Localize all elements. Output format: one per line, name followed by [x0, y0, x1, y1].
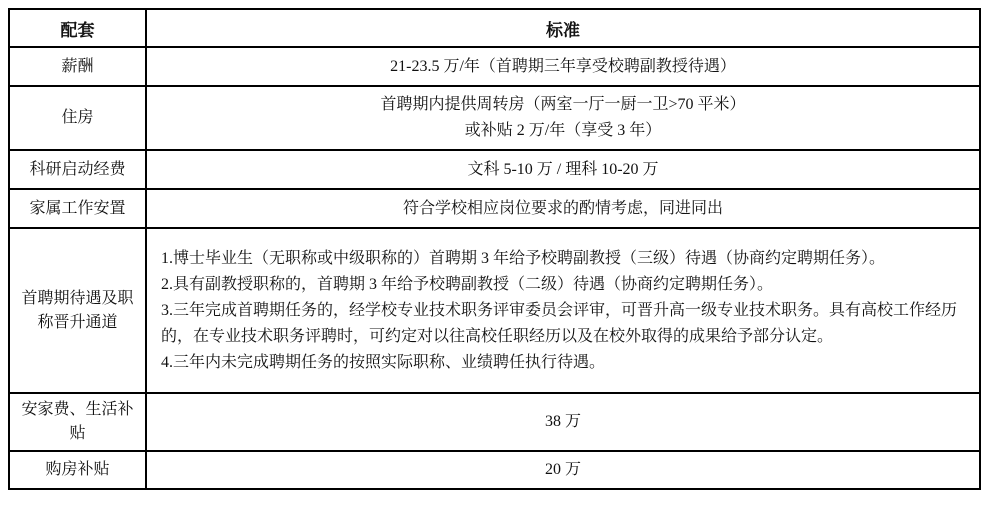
- row-label-cell: 科研启动经费: [9, 150, 146, 189]
- value-line: 21-23.5 万/年（首聘期三年享受校聘副教授待遇）: [161, 54, 965, 80]
- value-line: 首聘期内提供周转房（两室一厅一厨一卫>70 平米）: [161, 92, 965, 118]
- row-value-cell: 首聘期内提供周转房（两室一厅一厨一卫>70 平米）或补贴 2 万/年（享受 3 …: [146, 86, 980, 150]
- value-line: 或补贴 2 万/年（享受 3 年）: [161, 118, 965, 144]
- row-label-cell: 首聘期待遇及职称晋升通道: [9, 228, 146, 393]
- benefits-table-container: 配套 标准 薪酬21-23.5 万/年（首聘期三年享受校聘副教授待遇）住房首聘期…: [0, 0, 989, 490]
- value-line: 文科 5-10 万 / 理科 10-20 万: [161, 157, 965, 183]
- row-value-cell: 38 万: [146, 393, 980, 451]
- value-line: 20 万: [161, 457, 965, 483]
- table-row: 薪酬21-23.5 万/年（首聘期三年享受校聘副教授待遇）: [9, 47, 980, 86]
- value-line: 符合学校相应岗位要求的酌情考虑，同进同出: [161, 196, 965, 222]
- table-header: 配套 标准: [9, 9, 980, 47]
- row-value-cell: 21-23.5 万/年（首聘期三年享受校聘副教授待遇）: [146, 47, 980, 86]
- header-cell-peitao: 配套: [9, 9, 146, 47]
- benefits-table: 配套 标准 薪酬21-23.5 万/年（首聘期三年享受校聘副教授待遇）住房首聘期…: [8, 8, 981, 490]
- value-line: 4.三年内未完成聘期任务的按照实际职称、业绩聘任执行待遇。: [161, 350, 965, 376]
- row-value-cell: 1.博士毕业生（无职称或中级职称的）首聘期 3 年给予校聘副教授（三级）待遇（协…: [146, 228, 980, 393]
- row-label-cell: 购房补贴: [9, 451, 146, 489]
- table-body: 薪酬21-23.5 万/年（首聘期三年享受校聘副教授待遇）住房首聘期内提供周转房…: [9, 47, 980, 489]
- row-value-cell: 文科 5-10 万 / 理科 10-20 万: [146, 150, 980, 189]
- header-cell-biaozhun: 标准: [146, 9, 980, 47]
- table-row: 科研启动经费文科 5-10 万 / 理科 10-20 万: [9, 150, 980, 189]
- value-line: 1.博士毕业生（无职称或中级职称的）首聘期 3 年给予校聘副教授（三级）待遇（协…: [161, 246, 965, 272]
- table-row: 安家费、生活补贴38 万: [9, 393, 980, 451]
- row-label-cell: 住房: [9, 86, 146, 150]
- table-row: 家属工作安置符合学校相应岗位要求的酌情考虑，同进同出: [9, 189, 980, 228]
- row-label-cell: 家属工作安置: [9, 189, 146, 228]
- table-row: 住房首聘期内提供周转房（两室一厅一厨一卫>70 平米）或补贴 2 万/年（享受 …: [9, 86, 980, 150]
- header-row: 配套 标准: [9, 9, 980, 47]
- value-line: 3.三年完成首聘期任务的，经学校专业技术职务评审委员会评审，可晋升高一级专业技术…: [161, 298, 965, 350]
- value-line: 38 万: [161, 409, 965, 435]
- row-label-cell: 安家费、生活补贴: [9, 393, 146, 451]
- table-row: 购房补贴20 万: [9, 451, 980, 489]
- table-row: 首聘期待遇及职称晋升通道1.博士毕业生（无职称或中级职称的）首聘期 3 年给予校…: [9, 228, 980, 393]
- row-label-cell: 薪酬: [9, 47, 146, 86]
- row-value-cell: 符合学校相应岗位要求的酌情考虑，同进同出: [146, 189, 980, 228]
- value-line: 2.具有副教授职称的，首聘期 3 年给予校聘副教授（二级）待遇（协商约定聘期任务…: [161, 272, 965, 298]
- row-value-cell: 20 万: [146, 451, 980, 489]
